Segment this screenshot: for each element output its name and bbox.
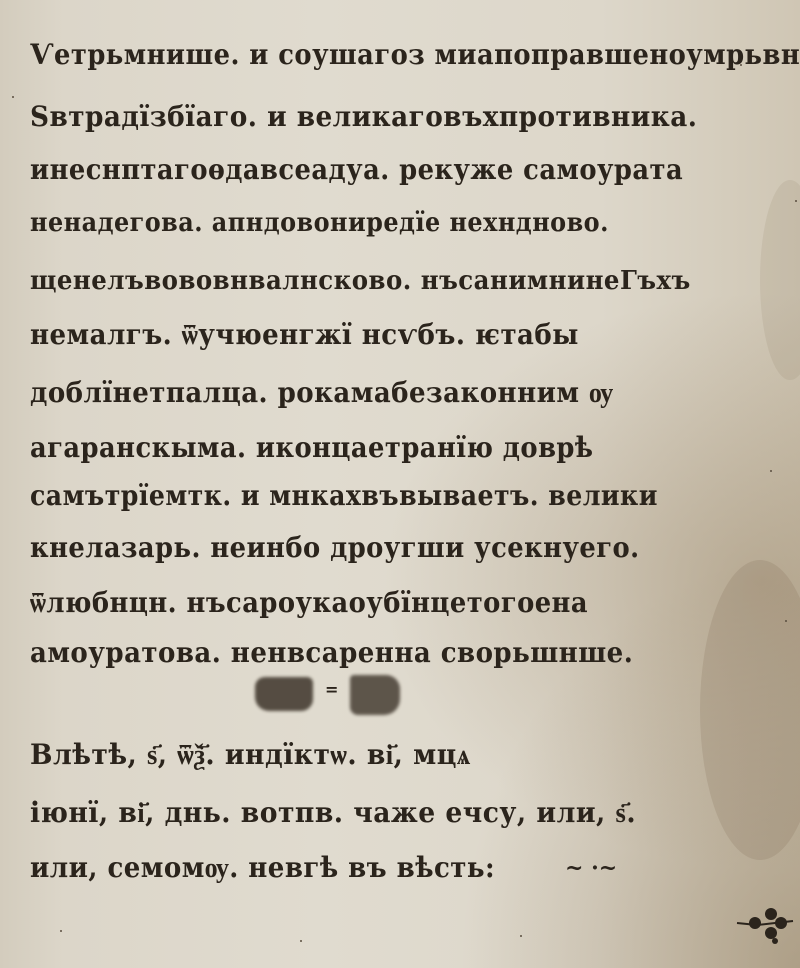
paper-speck <box>300 940 302 942</box>
manuscript-line: кнелазарь. неинбо дроугши усекнуего. <box>30 531 640 564</box>
manuscript-line: Влѣтѣ, ѕ҃, ѿѯ҃. индїктѡ. ві҃, мцѧ <box>30 738 471 772</box>
manuscript-line: агаранскыма. иконцаетранїю доврѣ <box>30 431 593 464</box>
manuscript-line: щенелъвововнвалнсково. нъсанимнинеГъхъ <box>30 266 691 296</box>
manuscript-page: Ѵетрьмнише. и соушагоз миапоправшеноумрь… <box>0 0 800 968</box>
paper-speck <box>520 935 522 937</box>
smudge-mark: = <box>325 680 338 699</box>
manuscript-line: немалгъ. ѿучюенгжї нсѵбъ. ѥтабы <box>30 318 579 352</box>
manuscript-line: самътрїемтк. и мнкахвъвываетъ. велики <box>30 479 658 512</box>
paper-speck <box>60 930 62 932</box>
ink-blot <box>350 675 400 715</box>
paper-speck <box>795 200 797 202</box>
manuscript-line: ненадегова. апндовониредїе нехндново. <box>30 208 609 238</box>
ink-blot <box>255 677 313 711</box>
manuscript-line: Ѵетрьмнише. и соушагоз миапоправшеноумрь… <box>30 38 800 71</box>
manuscript-line: ѿлюбнцн. нъсароукаоубїнцетогоена <box>30 586 588 620</box>
manuscript-line: амоуратова. ненвсаренна сворьшнше. <box>30 636 633 669</box>
fleuron-ornament-icon <box>735 905 795 945</box>
manuscript-line: Ѕвтрадїзбїаго. и великаговъхпротивника. <box>30 100 697 133</box>
paper-speck <box>785 620 787 622</box>
ink-smudge: = <box>255 675 405 720</box>
manuscript-line: инеснптагоѳдавсеадуа. рекуже самоурата <box>30 153 683 186</box>
manuscript-line: или, семомѹ. невгѣ въ вѣсть: <box>30 851 495 885</box>
manuscript-line: іюнї, ві҃, днь. вотпв. чаже ечсу, или, ѕ… <box>30 796 636 830</box>
paper-speck <box>770 470 772 472</box>
paper-speck <box>740 64 742 66</box>
paper-stain <box>700 560 800 860</box>
end-flourish: ~ ·~ <box>565 855 617 881</box>
manuscript-line: доблїнетпалца. рокамабезаконним ѹ <box>30 376 613 410</box>
paper-stain <box>760 180 800 380</box>
paper-speck <box>12 96 14 98</box>
